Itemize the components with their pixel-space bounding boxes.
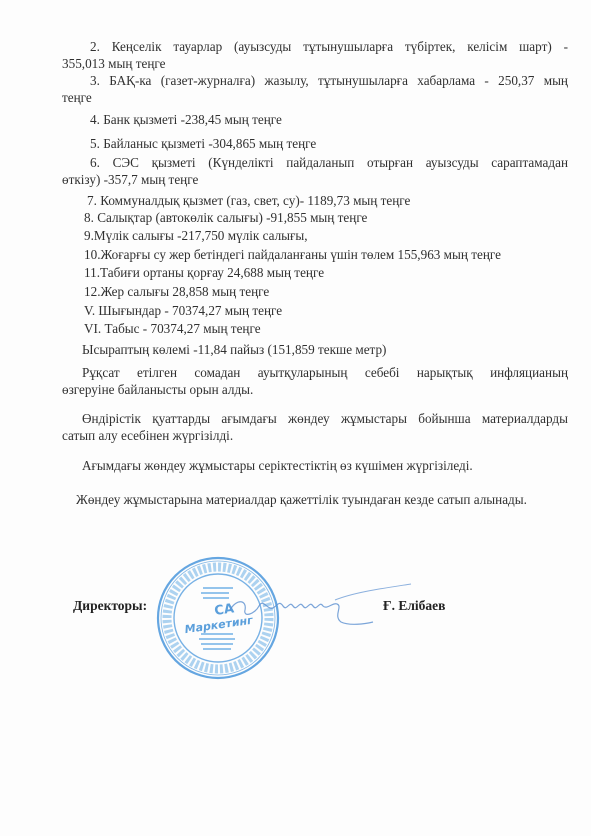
item-12: 12.Жер салығы 28,858 мың теңге: [84, 284, 269, 300]
item-6-line1: 6. СЭС қызметі (Күнделікті пайдаланып от…: [90, 155, 568, 171]
paragraph-2-line1: Өндірістік қуаттарды ағымдағы жөндеу жұм…: [82, 411, 568, 427]
income-line: VI. Табыс - 70374,27 мың теңге: [84, 321, 261, 337]
item-7: 7. Коммуналдық қызмет (газ, свет, су)- 1…: [87, 193, 410, 209]
item-8: 8. Салықтар (автокөлік салығы) -91,855 м…: [84, 210, 367, 226]
item-2-line1: 2. Кеңселік тауарлар (ауызсуды тұтынушыл…: [90, 39, 568, 55]
item-3-line1: 3. БАҚ-ка (газет-журналға) жазылу, тұтын…: [90, 73, 568, 89]
document-page: 2. Кеңселік тауарлар (ауызсуды тұтынушыл…: [0, 0, 591, 836]
paragraph-2-line2: сатып алу есебінен жүргізілді.: [62, 428, 233, 444]
director-label: Директоры:: [73, 598, 147, 614]
item-2-line2: 355,013 мың теңге: [62, 56, 165, 72]
item-10: 10.Жоғарғы су жер бетіндегі пайдаланғаны…: [84, 247, 501, 263]
item-4: 4. Банк қызметі -238,45 мың теңге: [90, 112, 282, 128]
item-9: 9.Мүлік салығы -217,750 мүлік салығы,: [84, 228, 308, 244]
paragraph-1-line1: Рұқсат етілген сомадан ауытқуларының себ…: [82, 365, 568, 381]
paragraph-3: Ағымдағы жөндеу жұмыстары серіктестіктің…: [82, 458, 473, 474]
item-6-line2: өткізу) -357,7 мың теңге: [62, 172, 198, 188]
director-name: Ғ. Елібаев: [383, 598, 445, 614]
item-3-line2: теңге: [62, 90, 92, 106]
expenses-line: V. Шығындар - 70374,27 мың теңге: [84, 303, 282, 319]
item-11: 11.Табиғи ортаны қорғау 24,688 мың теңге: [84, 265, 324, 281]
loss-line: Ысыраптың көлемі -11,84 пайыз (151,859 т…: [82, 342, 386, 358]
paragraph-4: Жөндеу жұмыстарына материалдар қажеттілі…: [76, 492, 527, 508]
item-5: 5. Байланыс қызметі -304,865 мың теңге: [90, 136, 316, 152]
paragraph-1-line2: өзгеруіне байланысты орын алды.: [62, 382, 253, 398]
